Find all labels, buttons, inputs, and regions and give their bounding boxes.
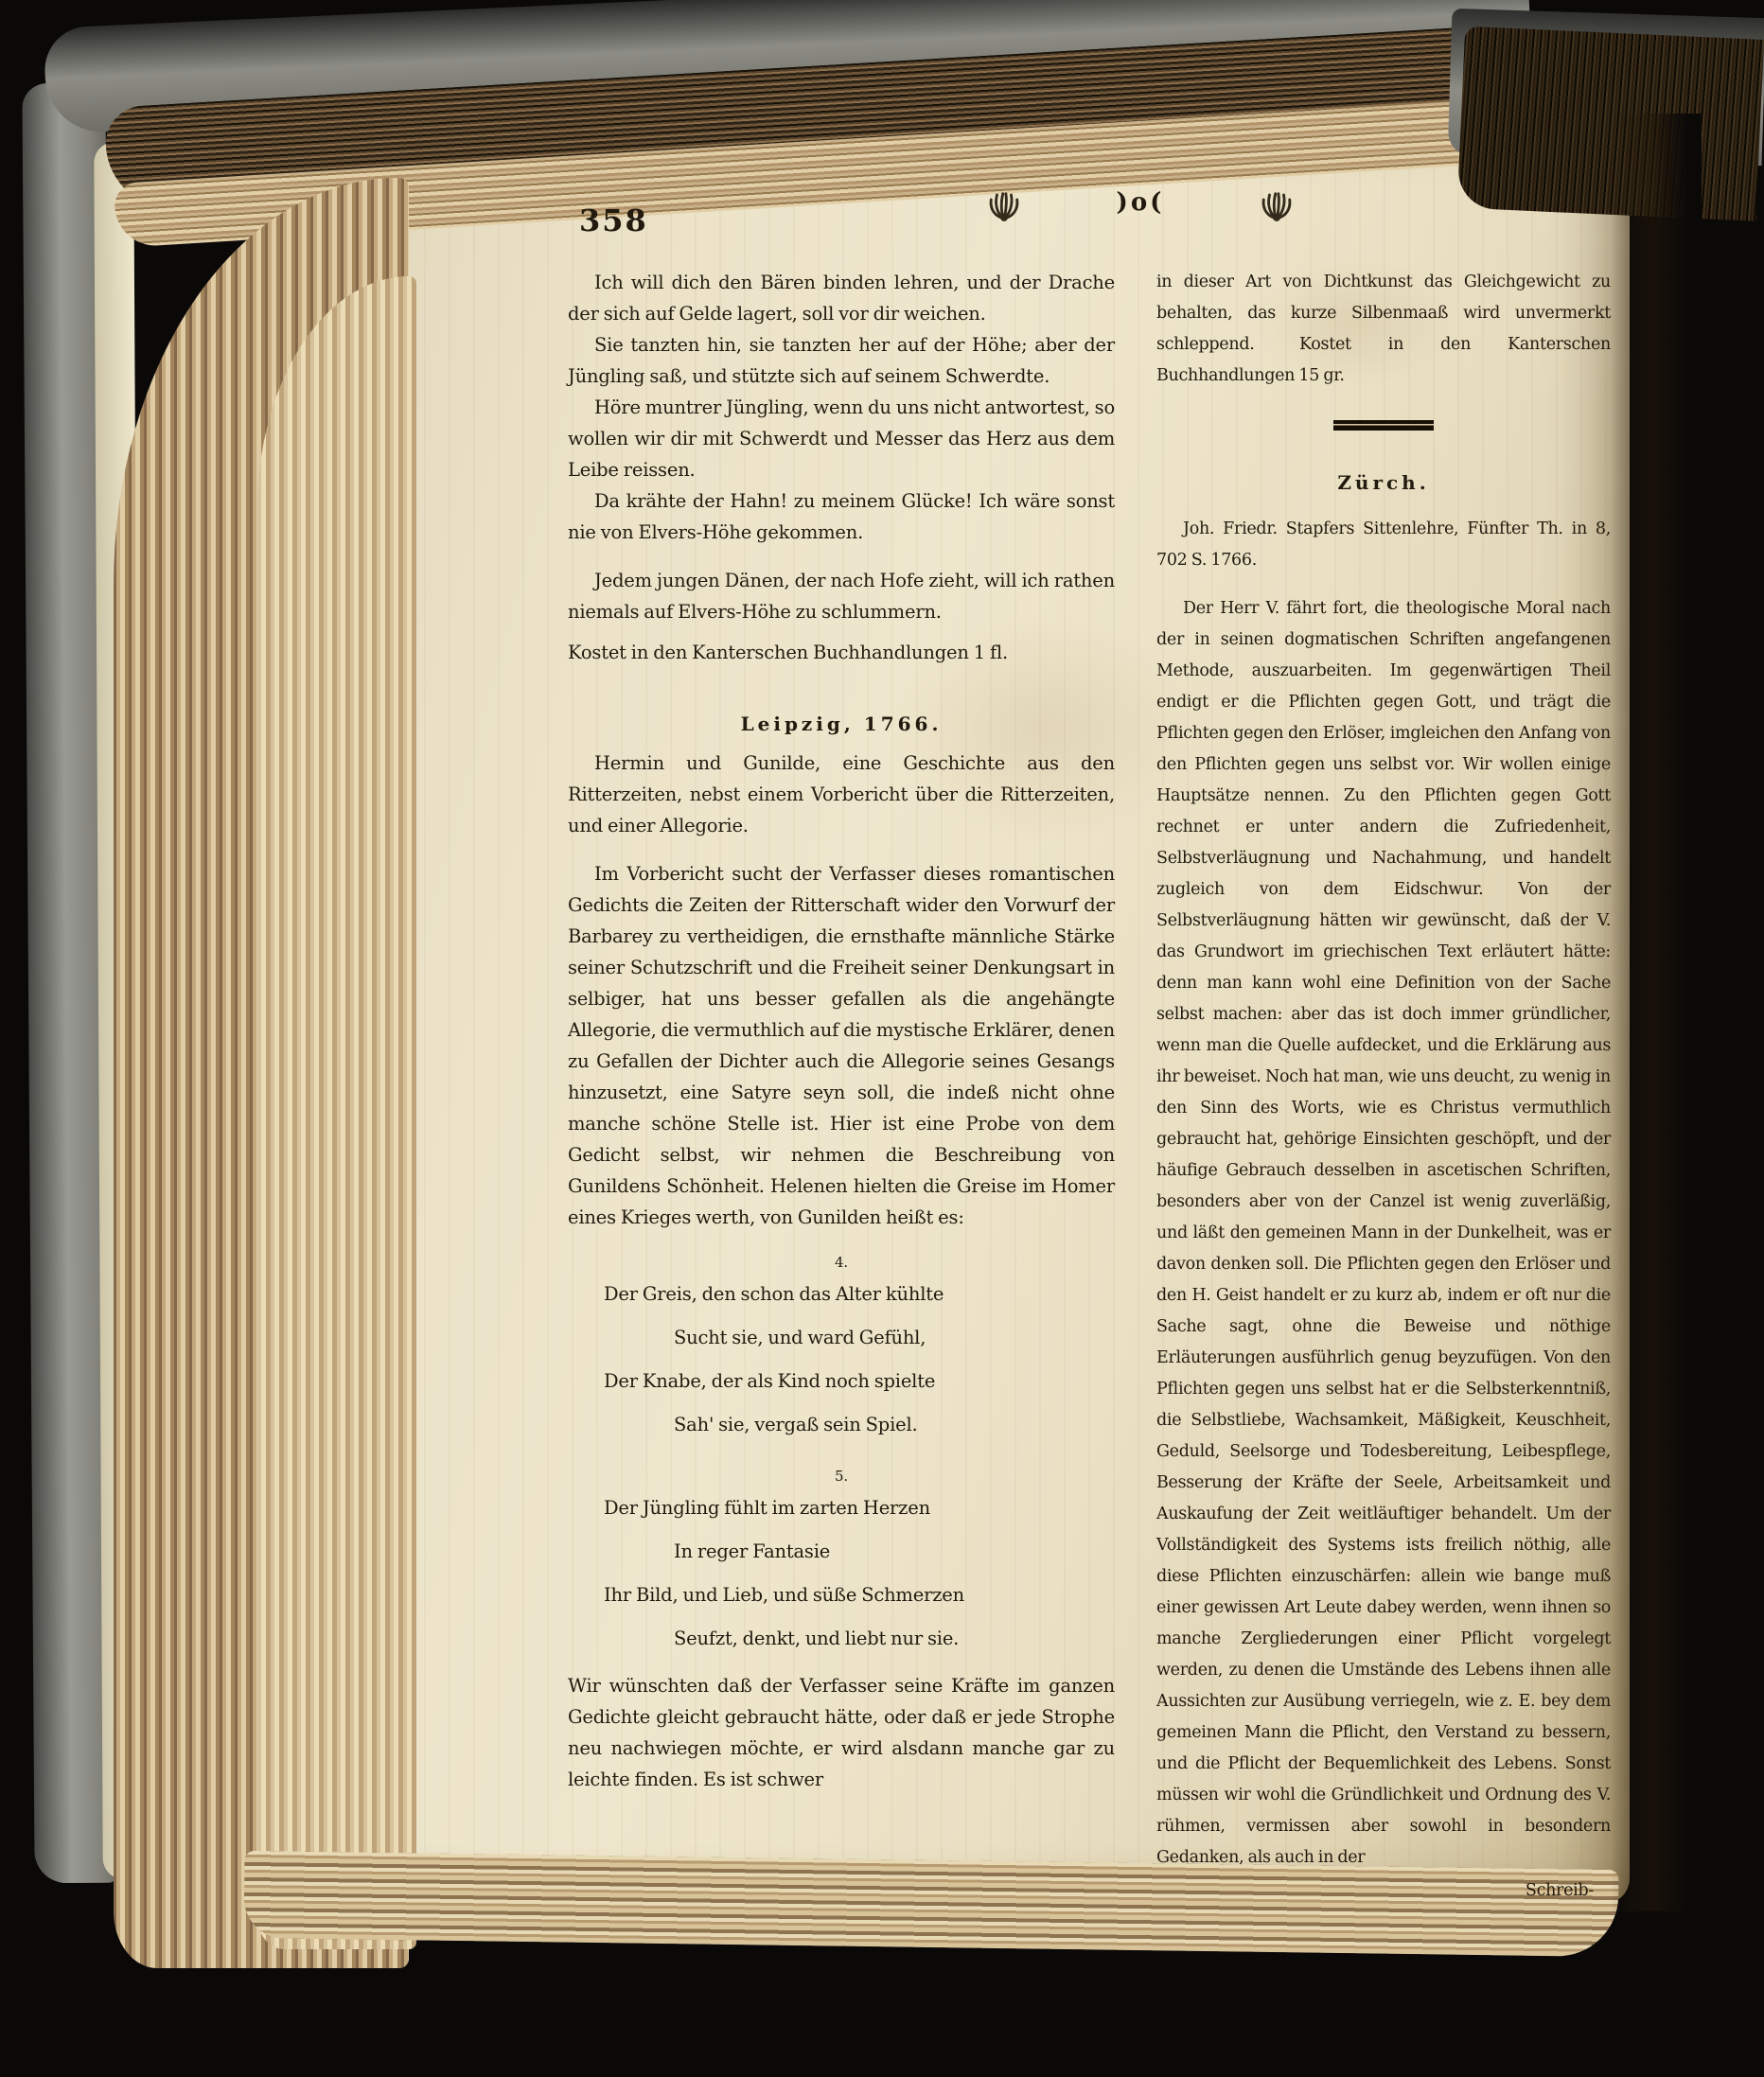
page-number: 358 bbox=[579, 202, 648, 238]
dane-note: Jedem jungen Dänen, der nach Hofe zieht,… bbox=[568, 565, 1115, 627]
verse-line: In reger Fantasie bbox=[674, 1530, 1115, 1574]
verse-line: Der Greis, den schon das Alter kühlte bbox=[604, 1273, 1115, 1316]
section-heading-leipzig: Leipzig, 1766. bbox=[568, 710, 1115, 738]
shell-ornament-icon bbox=[984, 185, 1024, 223]
excerpt-paragraph: Höre muntrer Jüngling, wenn du uns nicht… bbox=[568, 392, 1115, 485]
excerpt-paragraph: Ich will dich den Bären binden lehren, u… bbox=[568, 267, 1115, 329]
section-divider-rule bbox=[1333, 420, 1434, 431]
reviewed-book-title: Joh. Friedr. Stapfers Sittenlehre, Fünft… bbox=[1156, 514, 1611, 576]
right-text-column: in dieser Art von Dichtkunst das Gleichg… bbox=[1156, 267, 1611, 1907]
excerpt-paragraph: Sie tanzten hin, sie tanzten her auf der… bbox=[568, 329, 1115, 392]
verse-line: Der Jüngling fühlt im zarten Herzen bbox=[604, 1487, 1115, 1530]
fore-edge-texture bbox=[1457, 26, 1764, 221]
verse-line: Sah' sie, vergaß sein Spiel. bbox=[674, 1403, 1115, 1447]
verse-line: Sucht sie, und ward Gefühl, bbox=[674, 1316, 1115, 1360]
catchword: Schreib- bbox=[1156, 1875, 1611, 1907]
review-body: Der Herr V. fährt fort, die theologische… bbox=[1156, 593, 1611, 1874]
section-heading-zurch: Zürch. bbox=[1156, 468, 1611, 497]
price-note: Kostet in den Kanterschen Buchhandlungen… bbox=[568, 637, 1115, 668]
left-text-column: Ich will dich den Bären binden lehren, u… bbox=[568, 267, 1115, 1795]
review-closing: Wir wünschten daß der Verfasser seine Kr… bbox=[568, 1670, 1115, 1795]
photograph-of-open-book: { "book_page": { "page_number": "358", "… bbox=[0, 0, 1764, 2077]
shell-ornament-icon bbox=[1257, 185, 1297, 223]
excerpt-paragraph: Da krähte der Hahn! zu meinem Glücke! Ic… bbox=[568, 485, 1115, 548]
poem-verse-5: 5. Der Jüngling fühlt im zarten Herzen I… bbox=[568, 1466, 1115, 1661]
review-continuation: in dieser Art von Dichtkunst das Gleichg… bbox=[1156, 267, 1611, 392]
verse-line: Der Knabe, der als Kind noch spielte bbox=[604, 1360, 1115, 1403]
poem-verse-4: 4. Der Greis, den schon das Alter kühlte… bbox=[568, 1252, 1115, 1447]
verse-number: 4. bbox=[568, 1252, 1115, 1273]
gathering-mark: )o( bbox=[1117, 188, 1165, 217]
header-ornament-row: )o( bbox=[984, 185, 1297, 223]
verse-number: 5. bbox=[568, 1466, 1115, 1487]
verse-line: Ihr Bild, und Lieb, und süße Schmerzen bbox=[604, 1574, 1115, 1617]
review-body: Im Vorbericht sucht der Verfasser dieses… bbox=[568, 858, 1115, 1233]
verse-line: Seufzt, denkt, und liebt nur sie. bbox=[674, 1617, 1115, 1661]
page-stack-left-edge-inner bbox=[257, 276, 416, 1949]
reviewed-book-title: Hermin und Gunilde, eine Geschichte aus … bbox=[568, 748, 1115, 841]
